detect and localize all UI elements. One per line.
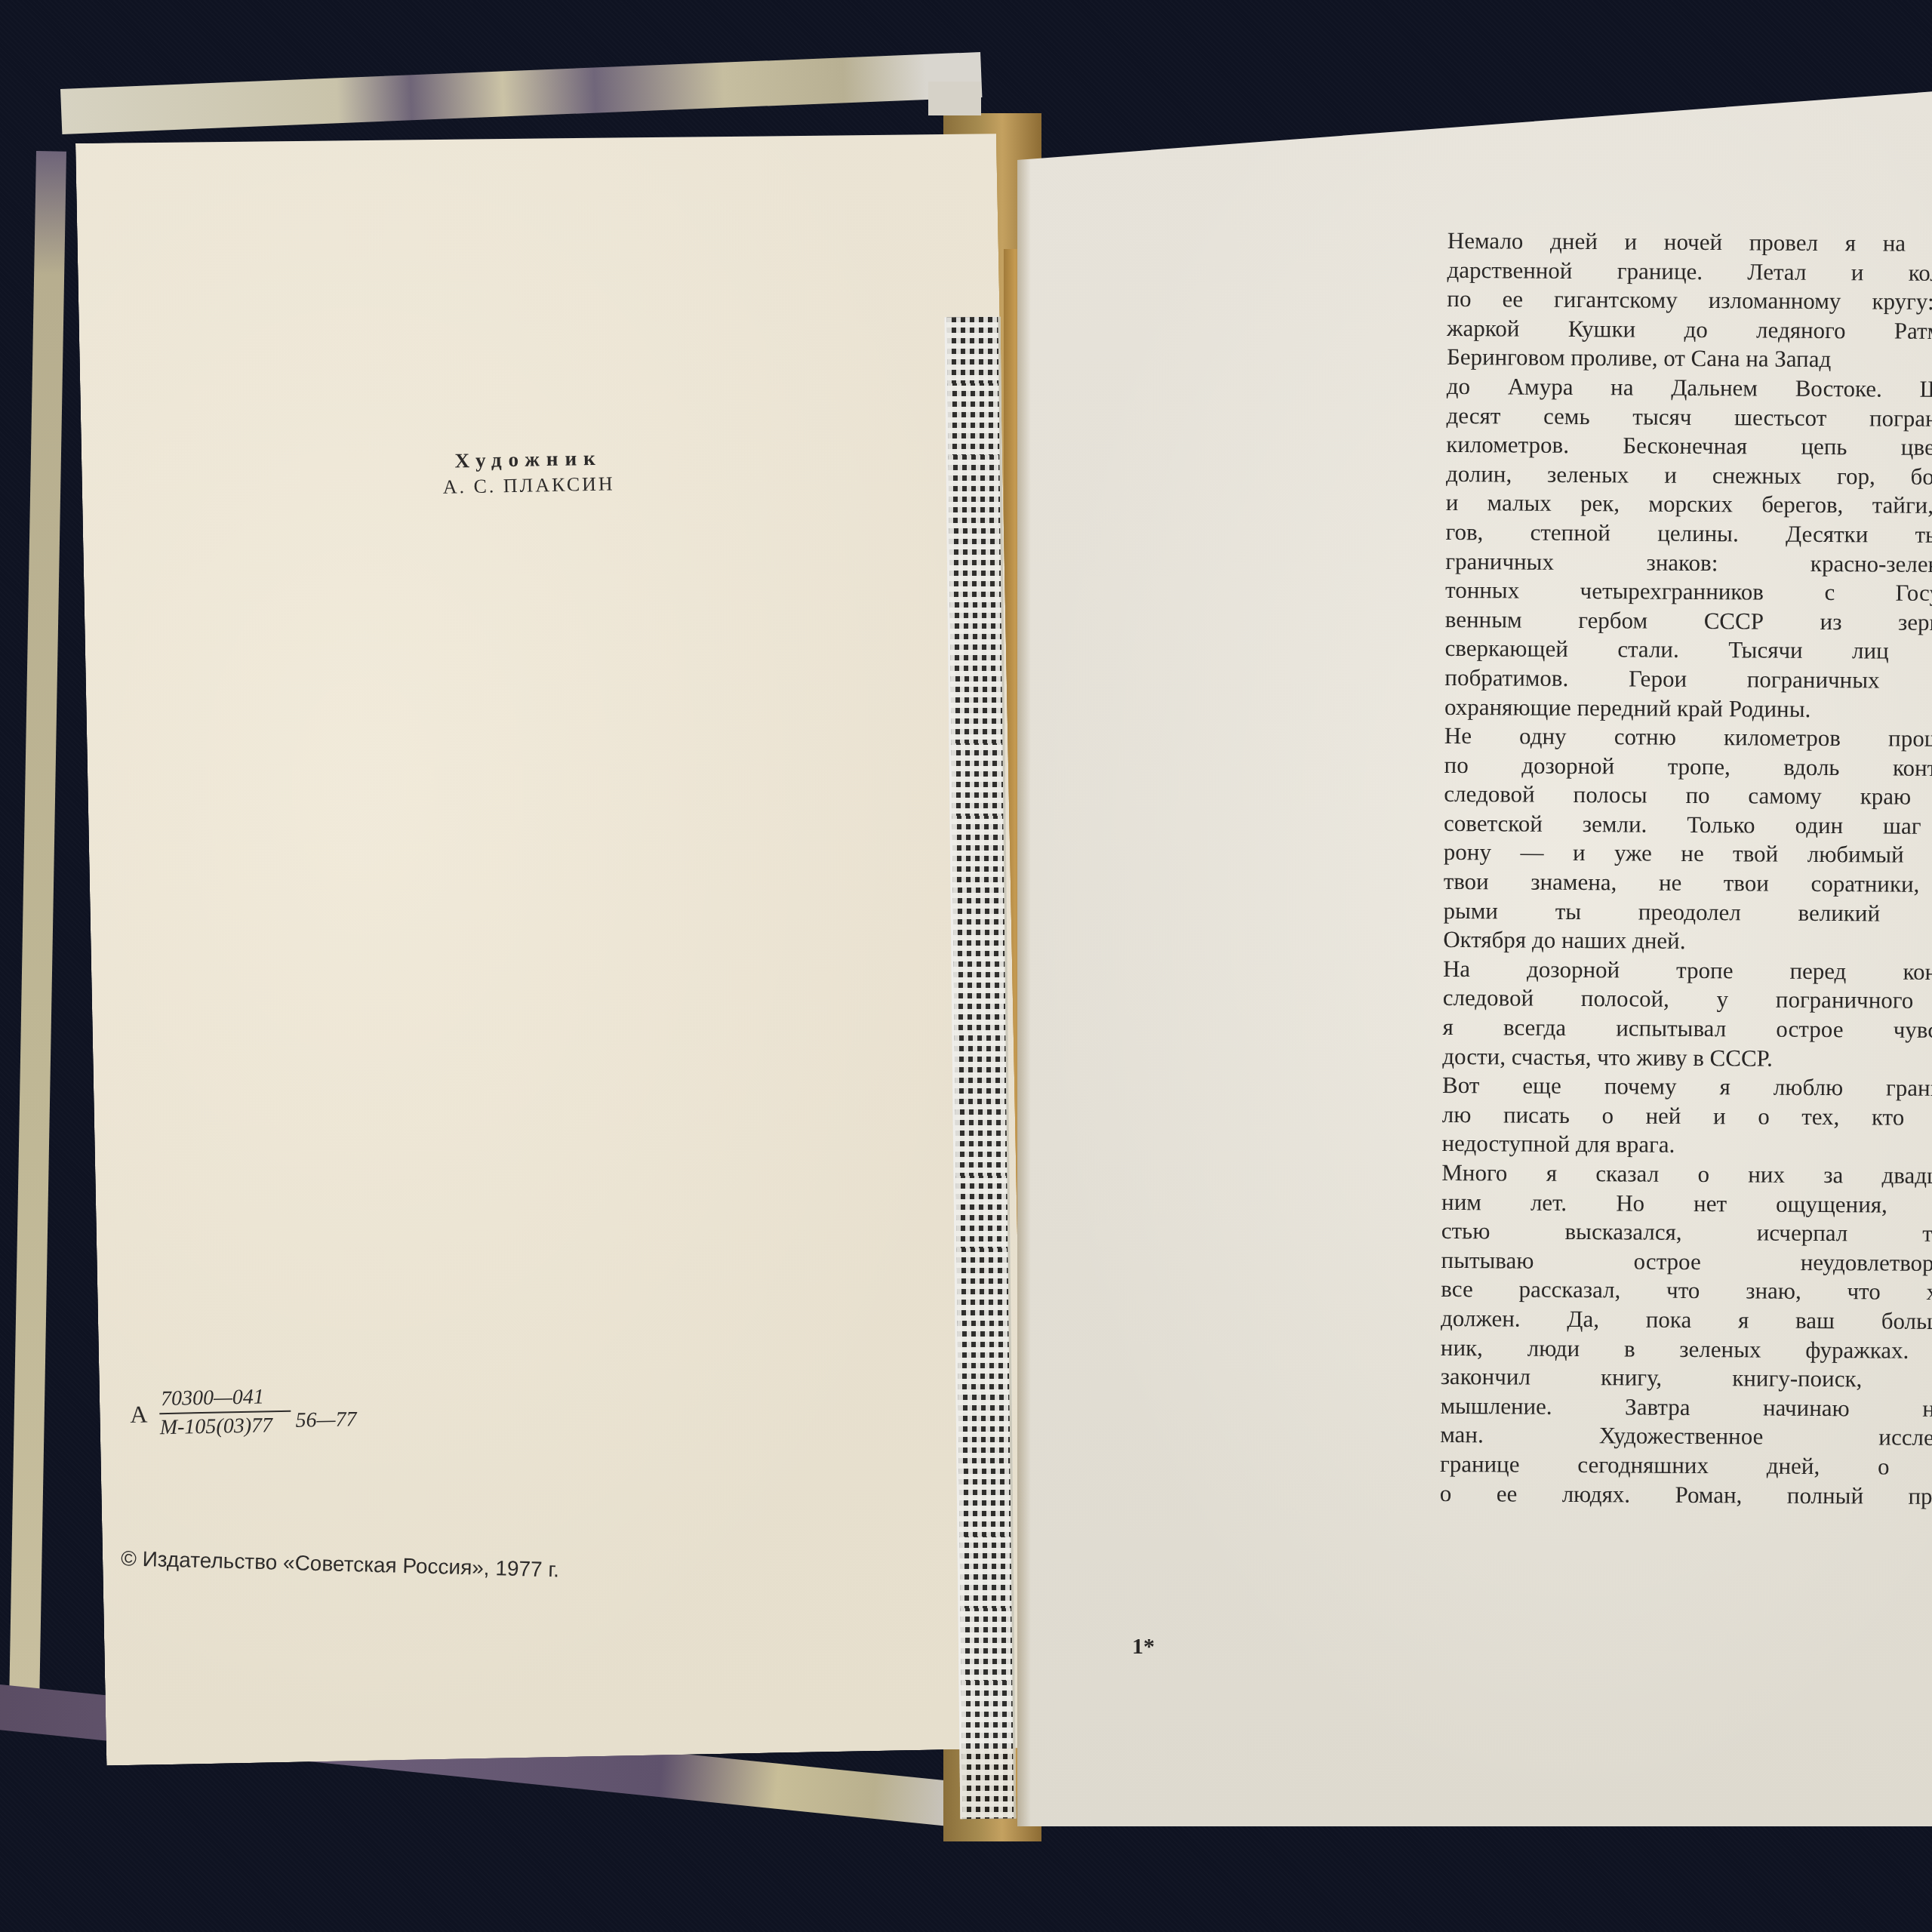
text-line: ним лет. Но нет ощущения, что <box>1441 1188 1932 1220</box>
text-line: рыми ты преодолел великий пут <box>1443 897 1932 929</box>
text-line: Немало дней и ночей провел я на госу <box>1447 226 1932 259</box>
text-line: о ее людях. Роман, полный прикл <box>1440 1479 1932 1512</box>
text-line: мышление. Завтра начинаю нову <box>1440 1392 1932 1424</box>
text-line: по дозорной тропе, вдоль контрол <box>1444 751 1932 783</box>
text-line: я всегда испытывал острое чувство <box>1442 1013 1932 1045</box>
text-line: венным гербом СССР из зеркаль <box>1445 605 1932 638</box>
text-line: недоступной для врага. <box>1441 1129 1932 1161</box>
text-line: Беринговом проливе, от Сана на Запад <box>1447 343 1932 375</box>
text-line: и малых рек, морских берегов, тайги, л <box>1446 488 1932 521</box>
text-line: дарственной границе. Летал и колеси <box>1447 256 1932 288</box>
text-line: тонных четырехгранников с Государ <box>1445 576 1932 608</box>
text-line: Много я сказал о них за двадцать <box>1441 1158 1932 1191</box>
right-page: Немало дней и ночей провел я на государс… <box>1017 91 1932 1826</box>
artist-credit: Художник А. С. ПЛАКСИН <box>442 446 615 498</box>
imprint-fraction: 70300—041 М-105(03)77 <box>159 1385 291 1440</box>
text-line: десят семь тысяч шестьсот пограничн <box>1446 401 1932 434</box>
left-page: Художник А. С. ПЛАКСИН А 70300—041 М-105… <box>75 126 1027 1766</box>
text-line: граничных знаков: красно-зеленых, <box>1445 547 1932 580</box>
body-text: Немало дней и ночей провел я на государс… <box>1440 226 1932 1511</box>
text-line: лю писать о ней и о тех, кто дел <box>1442 1100 1932 1133</box>
imprint-denominator: М-105(03)77 <box>159 1412 272 1440</box>
gutter-shadow <box>1017 91 1031 1826</box>
text-line: пытываю острое неудовлетворени <box>1441 1246 1932 1278</box>
text-line: твои знамена, не твои соратники, с <box>1444 867 1932 900</box>
text-line: гов, степной целины. Десятки тысяч <box>1445 518 1932 550</box>
page-number: 1* <box>1132 1634 1155 1660</box>
text-line: закончил книгу, книгу-поиск, кни <box>1441 1362 1932 1395</box>
artist-label: Художник <box>442 446 614 472</box>
copyright-notice: © Издательство «Советская Россия», 1977 … <box>121 1546 560 1582</box>
text-line: ник, люди в зеленых фуражках. С <box>1441 1334 1932 1366</box>
artist-name: А. С. ПЛАКСИН <box>443 472 615 498</box>
text-line: ман. Художественное исследов <box>1440 1420 1932 1453</box>
text-line: Вот еще почему я люблю границу, <box>1442 1071 1932 1103</box>
imprint-numerator: 70300—041 <box>159 1385 291 1414</box>
text-line: Октября до наших дней. <box>1443 925 1932 958</box>
text-line: следовой полосы по самому краю на <box>1444 780 1932 812</box>
text-line: границе сегодняшних дней, о ее <box>1440 1450 1932 1482</box>
text-line: охраняющие передний край Родины. <box>1444 692 1932 724</box>
text-line: километров. Бесконечная цепь цветущ <box>1446 430 1932 463</box>
text-line: дости, счастья, что живу в СССР. <box>1442 1042 1932 1075</box>
text-line: сверкающей стали. Тысячи лиц дру <box>1444 634 1932 666</box>
text-line: долин, зеленых и снежных гор, больш <box>1446 460 1932 492</box>
text-line: стью высказался, исчерпал тему <box>1441 1217 1932 1249</box>
text-line: рону — и уже не твой любимый мир <box>1444 838 1932 870</box>
imprint-letter: А <box>130 1400 148 1428</box>
text-line: следовой полосой, у пограничного с <box>1443 983 1932 1016</box>
text-line: На дозорной тропе перед контро <box>1443 955 1932 987</box>
text-line: по ее гигантскому изломанному кругу: с <box>1447 285 1932 317</box>
text-line: жаркой Кушки до ледяного Ратмана <box>1447 314 1932 346</box>
text-line: Не одну сотню километров прошага <box>1444 721 1932 754</box>
text-line: побратимов. Герои пограничных буд <box>1444 663 1932 696</box>
imprint-code: А 70300—041 М-105(03)77 56—77 <box>130 1383 357 1441</box>
spine-headband <box>928 82 981 115</box>
imprint-suffix: 56—77 <box>295 1407 357 1433</box>
text-line: должен. Да, пока я ваш большой <box>1441 1304 1932 1337</box>
text-line: до Амура на Дальнем Востоке. Шест <box>1447 372 1932 405</box>
text-line: советской земли. Только один шаг в <box>1444 809 1932 841</box>
text-line: все рассказал, что знаю, что хоте <box>1441 1275 1932 1307</box>
